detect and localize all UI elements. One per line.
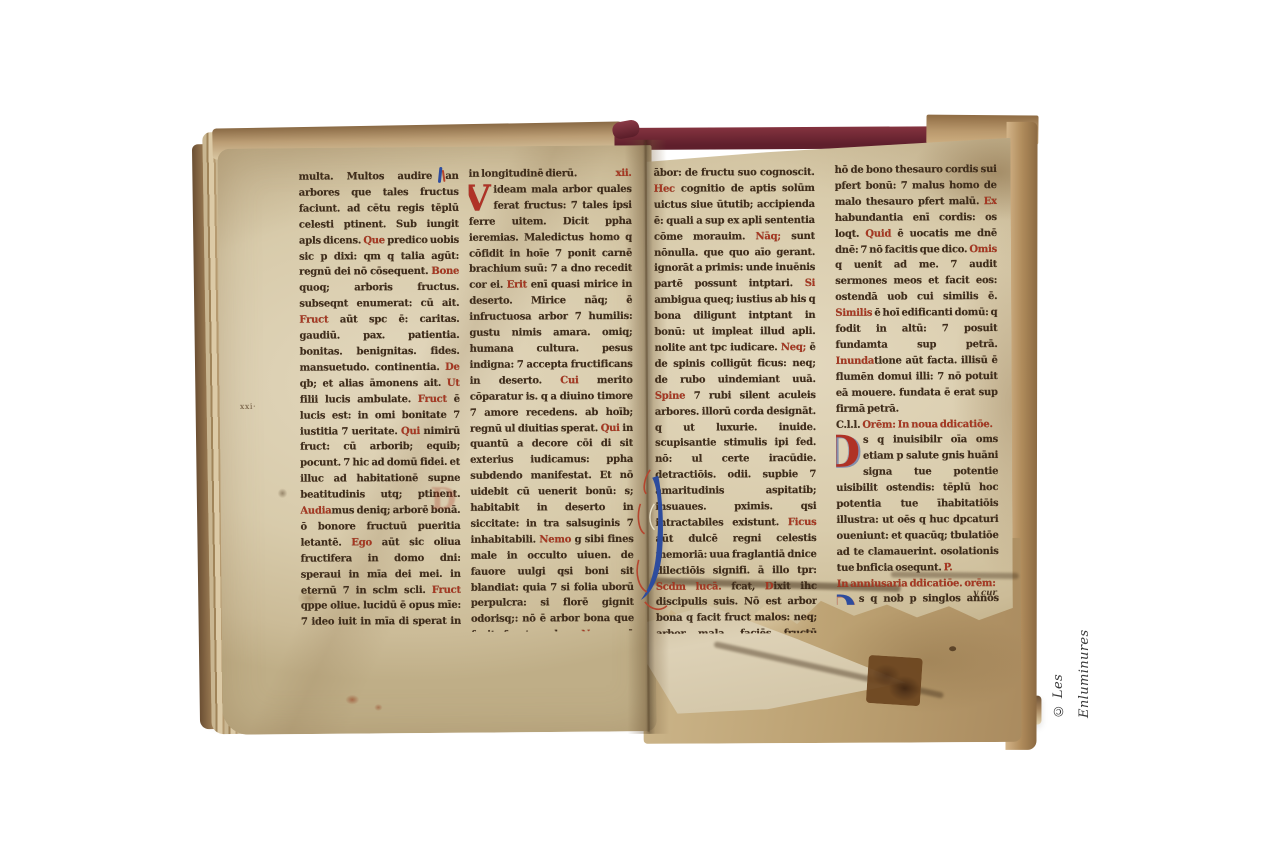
heading-text: in longitudinē dierū.: [469, 166, 577, 182]
chapter-number: xii.: [616, 166, 632, 182]
left-page-column-2: in longitudinē dierū. xii. Videam mala a…: [469, 166, 634, 632]
text-block: ābor: de fructu suo cognoscit. Hec cogni…: [654, 165, 817, 634]
brown-stain-patch: [866, 655, 923, 706]
small-penwork-ornament: [437, 165, 449, 187]
chapter-heading-line: in longitudinē dierū. xii.: [469, 166, 632, 183]
catchword: y cur: [933, 588, 997, 598]
right-page-column-1: ābor: de fructu suo cognoscit. Hec cogni…: [654, 165, 817, 634]
blue-initial-d: D: [835, 594, 856, 605]
blue-penwork-initial-i: [634, 464, 669, 614]
marginal-folio-note: xxi·: [240, 402, 256, 412]
text-block: hō de bono thesauro cordis sui pfert bon…: [835, 162, 998, 417]
left-page-column-1: multa. Multos audire an arbores que tale…: [299, 169, 461, 632]
prayer-block-1: Ds q inuisibilr oīa oms etiam p salute g…: [836, 432, 999, 576]
parted-initial-d: D: [835, 435, 861, 471]
rubric-in-noua-dedicatione: C.l.l. Orēm: In noua ddicatiōe.: [836, 417, 998, 434]
small-stain: [949, 646, 956, 651]
red-initial-v: V: [469, 184, 491, 214]
faded-red-initial-offset: D: [430, 485, 456, 515]
right-page-column-2: hō de bono thesauro cordis sui pfert bon…: [835, 162, 999, 605]
open-codex: multa. Multos audire an arbores que tale…: [188, 110, 1043, 754]
text-block: Videam mala arbor quales ferat fructus: …: [469, 182, 634, 632]
text-block: multa. Multos audire an arbores que tale…: [299, 169, 461, 632]
photo-of-manuscript: multa. Multos audire an arbores que tale…: [0, 0, 1280, 860]
photo-credit: © Les Enluminures: [1046, 592, 1072, 718]
